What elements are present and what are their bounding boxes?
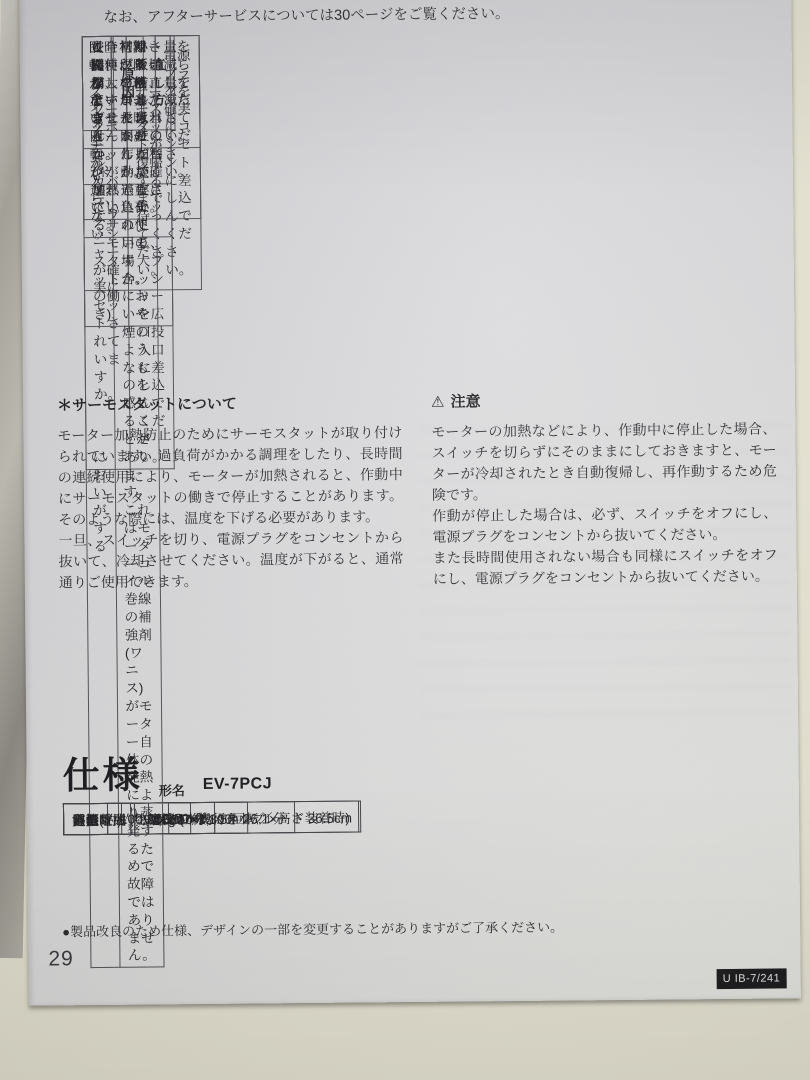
table-row: においがする 初期段階の使用、長時間の作動、過重負荷の使用の場合、においや煙のよ… <box>82 35 157 102</box>
revision-note: ●製品改良のため仕様、デザインの一部を変更することがありますがご了承ください。 <box>62 917 563 941</box>
spec-value: 5.4kg (本機メタルブレード装着時) <box>130 801 359 834</box>
spec-row: 質量(約) 5.4kg (本機メタルブレード装着時) <box>63 801 359 836</box>
thermostat-section: ＊サーモスタットについて モーター加熱防止のためにサーモスタットが取り付けられて… <box>57 392 404 593</box>
doc-code-badge: U IB-7/241 <box>717 968 787 989</box>
thermostat-section-title: ＊サーモスタットについて <box>57 392 402 418</box>
model-name-label: 形名 <box>159 780 185 799</box>
manual-page: 修理を依頼される前にもう一度お調べください。 なお、アフターサービスについては3… <box>19 0 801 1006</box>
troubleshooting-table: こんなとき 原因 直し方 スイッチが入らない 電源プラグはコンセントにしっかり差… <box>82 30 772 37</box>
thermostat-paragraph: モーター加熱防止のためにサーモスタットが取り付けられています。過負荷がかかる調理… <box>57 422 403 530</box>
thermostat-paragraph: 一旦、スイッチを切り、電源プラグをコンセントから抜いて、冷却させてください。温度… <box>58 527 404 593</box>
model-code: EV-7PCJ <box>203 775 272 794</box>
page-bleed-through <box>418 424 791 738</box>
spec-section-title: 仕様 <box>62 745 143 800</box>
warning-triangle-icon: ⚠ <box>431 394 445 411</box>
after-service-note: なお、アフターサービスについては30ページをご覧ください。 <box>103 2 509 27</box>
caution-title-text: 注意 <box>450 393 480 410</box>
spec-label: 質量(約) <box>63 803 130 835</box>
caution-section-title: ⚠注意 <box>431 388 776 414</box>
clipped-top-line: 修理を依頼される前にもう一度お調べください。 <box>307 0 626 1</box>
page-number: 29 <box>48 947 74 971</box>
